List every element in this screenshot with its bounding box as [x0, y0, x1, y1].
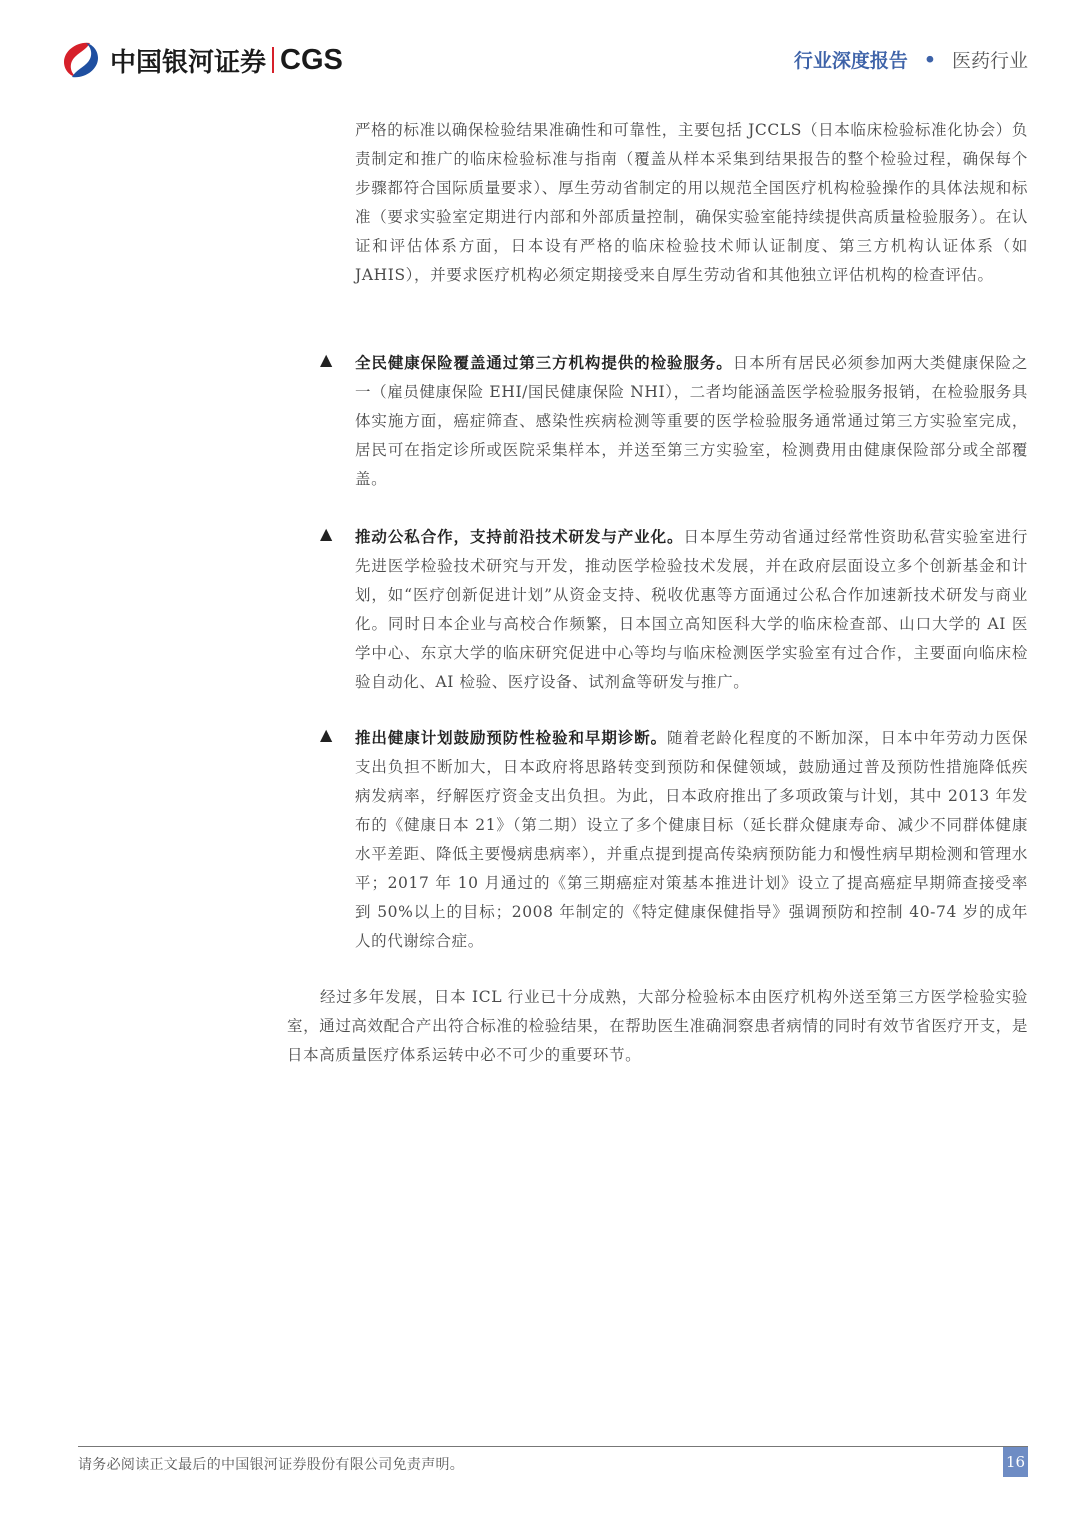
report-category: 行业深度报告 • 医药行业 [794, 46, 1028, 73]
bullet-text: 日本所有居民必须参加两大类健康保险之一（雇员健康保险 EHI/国民健康保险 NH… [355, 354, 1028, 488]
cgs-logo-icon [60, 40, 102, 80]
industry-label: 医药行业 [952, 46, 1028, 73]
bullet-text: 随着老龄化程度的不断加深，日本中年劳动力医保支出负担不断加大，日本政府将思路转变… [355, 729, 1028, 950]
final-paragraph: 经过多年发展，日本 ICL 行业已十分成熟，大部分检验标本由医疗机构外送至第三方… [287, 983, 1028, 1070]
continued-paragraph: 严格的标准以确保检验结果准确性和可靠性，主要包括 JCCLS（日本临床检验标准化… [355, 116, 1028, 290]
bullet-item: ▲ 全民健康保险覆盖通过第三方机构提供的检验服务。日本所有居民必须参加两大类健康… [320, 348, 1028, 494]
report-type: 行业深度报告 [794, 46, 908, 73]
triangle-bullet-icon: ▲ [320, 524, 332, 543]
company-name: 中国银河证券 [110, 42, 266, 79]
footer-divider [78, 1446, 1028, 1447]
page-number: 16 [1003, 1447, 1028, 1477]
separator-dot: • [924, 49, 936, 71]
company-brand: CGS [280, 44, 343, 77]
bullet-title: 推出健康计划鼓励预防性检验和早期诊断。 [355, 728, 667, 747]
logo-divider [272, 47, 274, 73]
bullet-item: ▲ 推出健康计划鼓励预防性检验和早期诊断。随着老龄化程度的不断加深，日本中年劳动… [320, 723, 1028, 956]
triangle-bullet-icon: ▲ [320, 350, 332, 369]
company-logo: 中国银河证券 CGS [60, 40, 343, 80]
bullet-title: 推动公私合作，支持前沿技术研发与产业化。 [355, 527, 683, 546]
bullet-item: ▲ 推动公私合作，支持前沿技术研发与产业化。日本厚生劳动省通过经常性资助私营实验… [320, 522, 1028, 697]
bullet-title: 全民健康保险覆盖通过第三方机构提供的检验服务。 [355, 353, 733, 372]
footer-disclaimer: 请务必阅读正文最后的中国银河证券股份有限公司免责声明。 [78, 1454, 464, 1474]
bullet-text: 日本厚生劳动省通过经常性资助私营实验室进行先进医学检验技术研究与开发，推动医学检… [355, 528, 1028, 691]
triangle-bullet-icon: ▲ [320, 725, 332, 744]
page-header: 中国银河证券 CGS 行业深度报告 • 医药行业 [0, 0, 1080, 100]
